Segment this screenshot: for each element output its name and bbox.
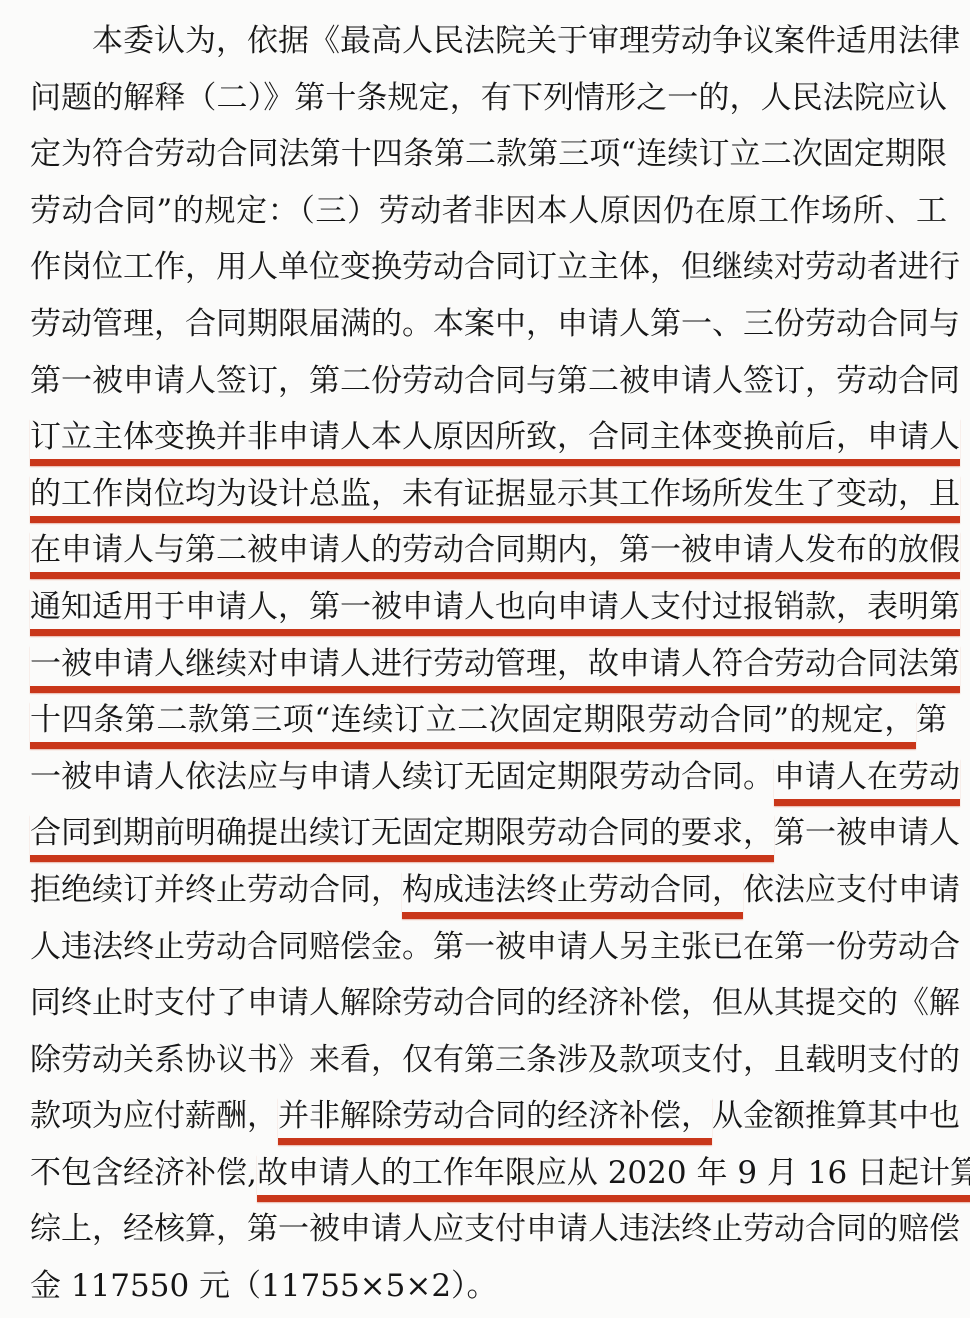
underlined-text-segment: 的工作岗位均为设计总监，未有证据显示其工作场所发生了变动，且 xyxy=(30,476,960,523)
text-segment: 问题的解释（二）》第十条规定，有下列情形之一的，人民法院应认 xyxy=(30,80,947,116)
text-segment: 款项为应付薪酬， xyxy=(30,1098,278,1134)
text-body: 本委认为，依据《最高人民法院关于审理劳动争议案件适用法律问题的解释（二）》第十条… xyxy=(30,13,947,1315)
text-line-18: 同终止时支付了申请人解除劳动合同的经济补偿，但从其提交的《解 xyxy=(30,975,947,1032)
text-line-2: 问题的解释（二）》第十条规定，有下列情形之一的，人民法院应认 xyxy=(30,70,947,127)
text-line-1: 本委认为，依据《最高人民法院关于审理劳动争议案件适用法律 xyxy=(30,13,947,70)
text-segment: 综上，经核算，第一被申请人应支付申请人违法终止劳动合同的赔偿 xyxy=(30,1211,960,1247)
text-segment: 依法应支付申请 xyxy=(743,872,960,908)
underlined-text-segment: 申请人在劳动 xyxy=(774,759,960,806)
underlined-text-segment: 通知适用于申请人，第一被申请人也向申请人支付过报销款，表明第 xyxy=(30,589,960,636)
text-line-6: 劳动管理，合同期限届满的。本案中，申请人第一、三份劳动合同与 xyxy=(30,296,947,353)
text-segment: 金 117550 元（11755×5×2）。 xyxy=(30,1268,498,1304)
text-segment: 同终止时支付了申请人解除劳动合同的经济补偿，但从其提交的《解 xyxy=(30,985,960,1021)
text-segment: 从金额推算其中也 xyxy=(712,1098,960,1134)
text-line-16: 拒绝续订并终止劳动合同，构成违法终止劳动合同，依法应支付申请 xyxy=(30,862,947,919)
underlined-text-segment: 订立主体变换并非申请人本人原因所致，合同主体变换前后，申请人 xyxy=(30,419,960,466)
underlined-text-segment: 构成违法终止劳动合同， xyxy=(402,872,743,919)
text-line-21: 不包含经济补偿,故申请人的工作年限应从 2020 年 9 月 16 日起计算。 xyxy=(30,1145,947,1202)
text-segment: 作岗位工作，用人单位变换劳动合同订立主体，但继续对劳动者进行 xyxy=(30,249,960,285)
text-segment: 劳动管理，合同期限届满的。本案中，申请人第一、三份劳动合同与 xyxy=(30,306,960,342)
text-segment: 定为符合劳动合同法第十四条第二款第三项“连续订立二次固定期限 xyxy=(30,136,947,172)
text-segment: 第一被申请人 xyxy=(774,815,960,851)
text-segment: 除劳动关系协议书》来看，仅有第三条涉及款项支付，且载明支付的 xyxy=(30,1042,960,1078)
text-line-10: 在申请人与第二被申请人的劳动合同期内，第一被申请人发布的放假 xyxy=(30,522,947,579)
underlined-text-segment: 在申请人与第二被申请人的劳动合同期内，第一被申请人发布的放假 xyxy=(30,532,960,579)
text-line-23: 金 117550 元（11755×5×2）。 xyxy=(30,1258,947,1315)
text-line-17: 人违法终止劳动合同赔偿金。第一被申请人另主张已在第一份劳动合 xyxy=(30,919,947,976)
text-segment: 第一被申请人签订，第二份劳动合同与第二被申请人签订，劳动合同 xyxy=(30,363,960,399)
text-segment: 不包含经济补偿, xyxy=(30,1155,257,1191)
text-line-15: 合同到期前明确提出续订无固定期限劳动合同的要求，第一被申请人 xyxy=(30,805,947,862)
underlined-text-segment: 十四条第二款第三项“连续订立二次固定期限劳动合同”的规定， xyxy=(30,702,916,749)
text-line-11: 通知适用于申请人，第一被申请人也向申请人支付过报销款，表明第 xyxy=(30,579,947,636)
text-segment: 本委认为，依据《最高人民法院关于审理劳动争议案件适用法律 xyxy=(92,23,960,59)
text-line-9: 的工作岗位均为设计总监，未有证据显示其工作场所发生了变动，且 xyxy=(30,466,947,523)
text-segment: 人违法终止劳动合同赔偿金。第一被申请人另主张已在第一份劳动合 xyxy=(30,929,960,965)
text-line-7: 第一被申请人签订，第二份劳动合同与第二被申请人签订，劳动合同 xyxy=(30,353,947,410)
text-line-20: 款项为应付薪酬，并非解除劳动合同的经济补偿，从金额推算其中也 xyxy=(30,1088,947,1145)
text-line-5: 作岗位工作，用人单位变换劳动合同订立主体，但继续对劳动者进行 xyxy=(30,239,947,296)
text-line-14: 一被申请人依法应与申请人续订无固定期限劳动合同。申请人在劳动 xyxy=(30,749,947,806)
text-line-8: 订立主体变换并非申请人本人原因所致，合同主体变换前后，申请人 xyxy=(30,409,947,466)
text-segment: 第 xyxy=(916,702,947,738)
underlined-text-segment: 合同到期前明确提出续订无固定期限劳动合同的要求， xyxy=(30,815,774,862)
underlined-text-segment: 一被申请人继续对申请人进行劳动管理，故申请人符合劳动合同法第 xyxy=(30,646,960,693)
text-line-3: 定为符合劳动合同法第十四条第二款第三项“连续订立二次固定期限 xyxy=(30,126,947,183)
text-segment: 一被申请人依法应与申请人续订无固定期限劳动合同。 xyxy=(30,759,774,795)
text-line-22: 综上，经核算，第一被申请人应支付申请人违法终止劳动合同的赔偿 xyxy=(30,1201,947,1258)
text-line-12: 一被申请人继续对申请人进行劳动管理，故申请人符合劳动合同法第 xyxy=(30,636,947,693)
underlined-text-segment: 故申请人的工作年限应从 2020 年 9 月 16 日起计算。 xyxy=(257,1155,970,1202)
text-line-4: 劳动合同”的规定：（三）劳动者非因本人原因仍在原工作场所、工 xyxy=(30,183,947,240)
text-line-19: 除劳动关系协议书》来看，仅有第三条涉及款项支付，且载明支付的 xyxy=(30,1032,947,1089)
document-page: 本委认为，依据《最高人民法院关于审理劳动争议案件适用法律问题的解释（二）》第十条… xyxy=(0,0,970,1318)
text-segment: 拒绝续订并终止劳动合同， xyxy=(30,872,402,908)
text-segment: 劳动合同”的规定：（三）劳动者非因本人原因仍在原工作场所、工 xyxy=(30,193,947,229)
text-line-13: 十四条第二款第三项“连续订立二次固定期限劳动合同”的规定，第 xyxy=(30,692,947,749)
underlined-text-segment: 并非解除劳动合同的经济补偿， xyxy=(278,1098,712,1145)
